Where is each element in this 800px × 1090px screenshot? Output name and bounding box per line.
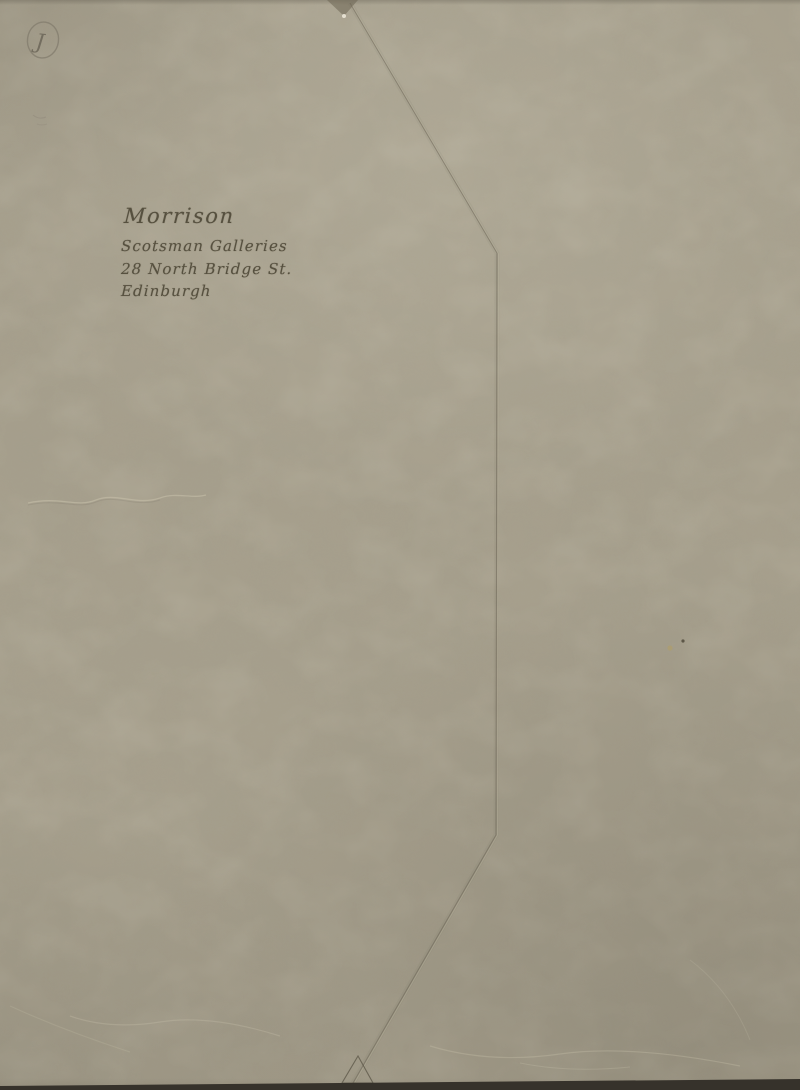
fold-crease-line — [350, 3, 497, 1083]
yellow-spot — [667, 645, 672, 650]
wrinkle-bottom-2 — [430, 1046, 740, 1066]
fold-crease-highlight — [352, 5, 499, 1082]
wrinkle-bottom-1 — [70, 1016, 280, 1036]
pencil-circle-annotation: J — [0, 0, 800, 1090]
pencil-scuff-2 — [37, 124, 47, 125]
stamp-address: 28 North Bridge St. — [121, 258, 293, 281]
wrinkle-right — [690, 960, 750, 1040]
scanned-envelope: J Morrison Scotsman Galleries 28 North B… — [0, 0, 800, 1090]
wrinkle-mid-left — [28, 495, 206, 503]
annotation-circle — [25, 20, 61, 60]
stamp-organization: Scotsman Galleries — [121, 235, 293, 258]
stamp-city: Edinburgh — [121, 280, 293, 303]
top-notch — [327, 0, 358, 16]
gallery-stamp: Morrison Scotsman Galleries 28 North Bri… — [121, 204, 292, 303]
wrinkle-bottom-left — [10, 1006, 130, 1052]
notch-speck — [342, 14, 346, 18]
dark-speck — [681, 639, 684, 642]
pencil-scuff — [33, 115, 46, 118]
fold-crease-shadow — [350, 3, 497, 1083]
fold-creases — [0, 0, 800, 1090]
paper-texture — [0, 0, 800, 1090]
annotation-letter: J — [31, 29, 47, 54]
wrinkle-mid-left-shadow — [28, 499, 160, 505]
bottom-edge-shadow — [0, 1079, 800, 1090]
stamp-name: Morrison — [120, 204, 293, 228]
wrinkle-bottom-3 — [520, 1063, 630, 1069]
bottom-fold-triangle — [342, 1056, 373, 1083]
paper-shading — [0, 0, 800, 1090]
